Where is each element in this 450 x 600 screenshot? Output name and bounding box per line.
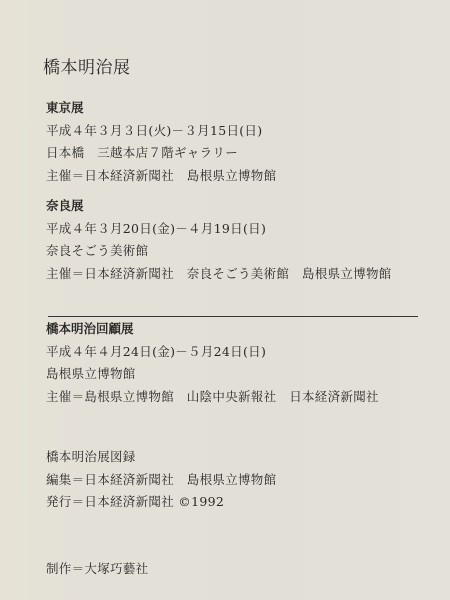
- exhibition-venue: 日本橋 三越本店７階ギャラリー: [46, 142, 276, 165]
- exhibition-organizers: 主催＝日本経済新聞社 奈良そごう美術館 島根県立博物館: [46, 263, 392, 286]
- section-divider: [48, 316, 418, 317]
- exhibition-dates: 平成４年３月３日(火)－３月15日(日): [46, 120, 276, 143]
- catalog-title: 橋本明治展図録: [46, 446, 276, 469]
- exhibition-shimane: 橋本明治回顧展 平成４年４月24日(金)－５月24日(日) 島根県立博物館 主催…: [46, 318, 379, 408]
- production-credit: 制作＝大塚巧藝社: [46, 558, 148, 581]
- exhibition-organizers: 主催＝島根県立博物館 山陰中央新報社 日本経済新聞社: [46, 386, 379, 409]
- exhibition-heading: 橋本明治回顧展: [46, 318, 379, 341]
- colophon-page: 橋本明治展 東京展 平成４年３月３日(火)－３月15日(日) 日本橋 三越本店７…: [0, 0, 450, 600]
- page-title: 橋本明治展: [43, 58, 131, 78]
- exhibition-heading: 奈良展: [46, 195, 392, 218]
- catalog-credits: 橋本明治展図録 編集＝日本経済新聞社 島根県立博物館 発行＝日本経済新聞社 ©1…: [46, 446, 276, 514]
- production-line: 制作＝大塚巧藝社: [46, 558, 148, 581]
- exhibition-dates: 平成４年４月24日(金)－５月24日(日): [46, 341, 379, 364]
- exhibition-tokyo: 東京展 平成４年３月３日(火)－３月15日(日) 日本橋 三越本店７階ギャラリー…: [46, 97, 276, 187]
- catalog-publisher: 発行＝日本経済新聞社 ©1992: [46, 491, 276, 514]
- exhibition-heading: 東京展: [46, 97, 276, 120]
- exhibition-dates: 平成４年３月20日(金)－４月19日(日): [46, 218, 392, 241]
- catalog-editors: 編集＝日本経済新聞社 島根県立博物館: [46, 469, 276, 492]
- exhibition-venue: 島根県立博物館: [46, 363, 379, 386]
- exhibition-venue: 奈良そごう美術館: [46, 240, 392, 263]
- exhibition-nara: 奈良展 平成４年３月20日(金)－４月19日(日) 奈良そごう美術館 主催＝日本…: [46, 195, 392, 285]
- exhibition-organizers: 主催＝日本経済新聞社 島根県立博物館: [46, 165, 276, 188]
